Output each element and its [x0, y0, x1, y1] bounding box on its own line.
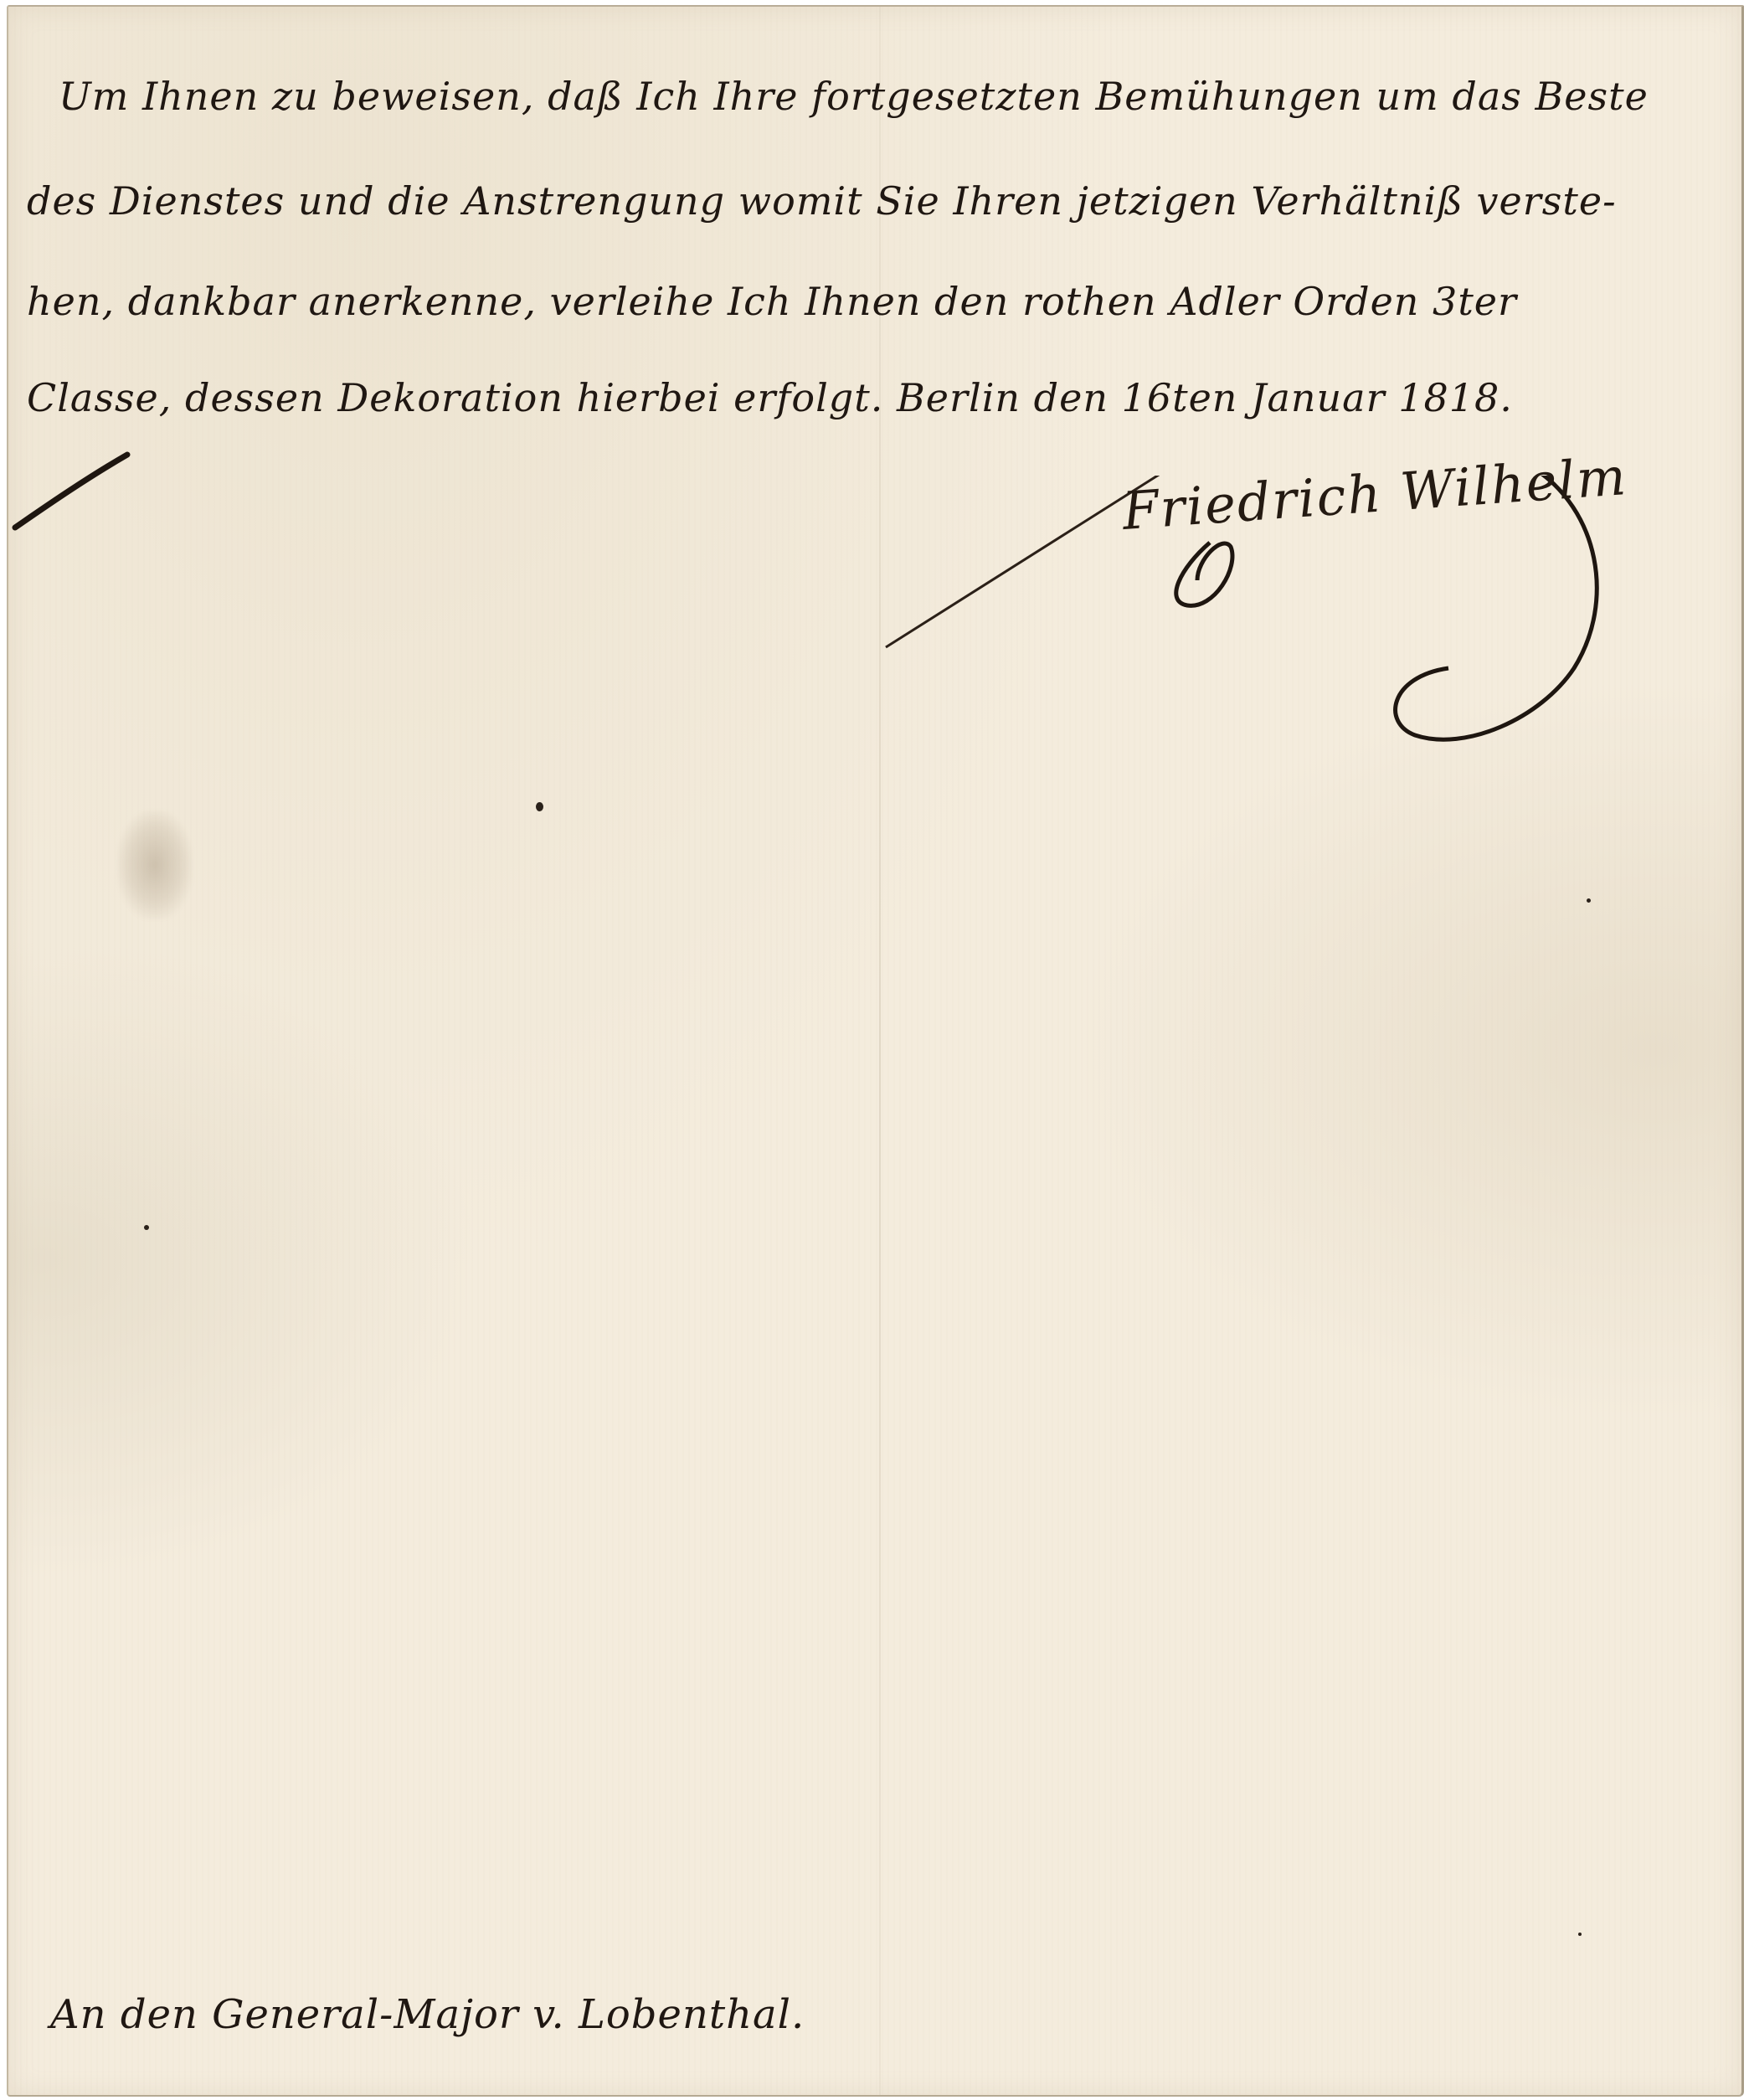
addressee-line: An den General-Major v. Lobenthal.: [50, 1991, 805, 2038]
letter-paper: Um Ihnen zu beweisen, daß Ich Ihre fortg…: [7, 5, 1744, 2097]
ink-speck: [536, 802, 543, 811]
letter-body-line-4-date: Classe, dessen Dekoration hierbei erfolg…: [27, 375, 1513, 420]
paper-stain: [117, 811, 193, 919]
letter-body-line-2: des Dienstes und die Anstrengung womit S…: [27, 178, 1617, 224]
letter-body-line-3: hen, dankbar anerkenne, verleihe Ich Ihn…: [27, 279, 1517, 324]
ink-speck: [1587, 898, 1591, 903]
ink-speck: [1578, 1933, 1582, 1936]
letter-body-line-1: Um Ihnen zu beweisen, daß Ich Ihre fortg…: [59, 74, 1649, 119]
ink-speck: [144, 1225, 149, 1230]
margin-dash-stroke: [8, 434, 159, 534]
